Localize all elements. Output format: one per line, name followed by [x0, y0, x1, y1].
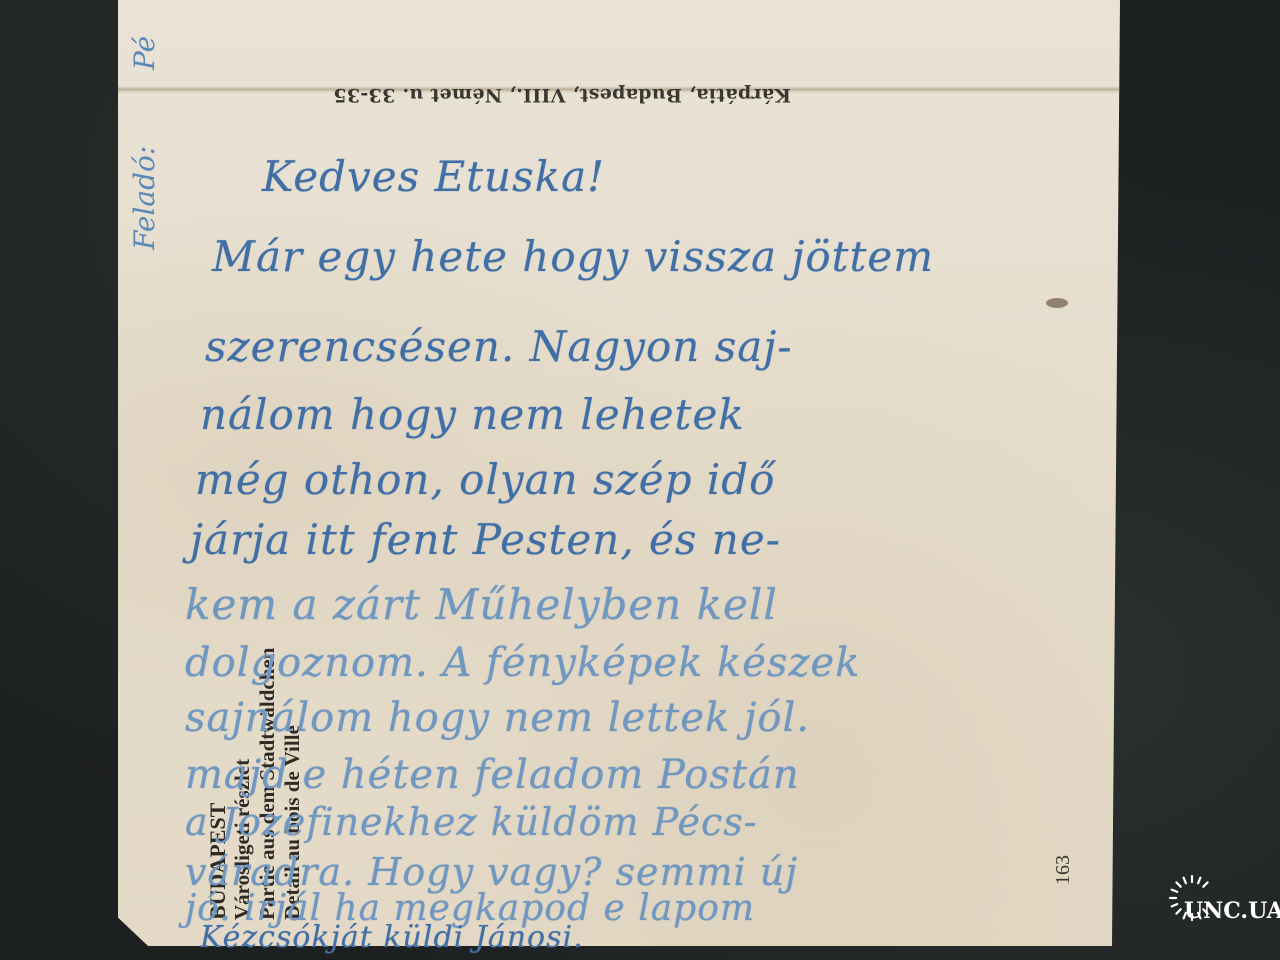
handwritten-signoff: Kézcsókját küldi Jánosi.	[200, 920, 584, 955]
publisher-imprint: Kárpátia, Budapest, VIII., Német u. 33-3…	[212, 84, 912, 106]
handwritten-line: majd e héten feladom Postán	[185, 752, 800, 798]
handwritten-line: nálom hogy nem lehetek	[200, 390, 745, 439]
ink-stain	[1046, 298, 1068, 308]
handwritten-line: járja itt fent Pesten, és ne-	[190, 515, 781, 564]
greeting: Kedves Etuska!	[262, 152, 605, 201]
handwritten-line: Már egy hete hogy vissza jöttem	[212, 232, 934, 281]
handwritten-line: dolgoznom. A fényképek készek	[185, 640, 860, 686]
handwritten-line: kem a zárt Műhelyben kell	[185, 580, 778, 629]
serial-number: 163	[1052, 855, 1075, 885]
handwritten-line: szerencsésen. Nagyon saj-	[205, 322, 793, 371]
handwritten-line: még othon, olyan szép idő	[195, 455, 775, 504]
margin-note-sender: Feladó:	[128, 146, 161, 250]
watermark-text: UNC.UA	[1184, 898, 1280, 924]
watermark: UNC.UA	[1168, 898, 1280, 924]
handwritten-line: a Jozefinekhez küldöm Pécs-	[185, 800, 758, 844]
margin-note-top: Pé	[128, 36, 161, 70]
handwritten-line: sajnálom hogy nem lettek jól.	[185, 695, 810, 741]
